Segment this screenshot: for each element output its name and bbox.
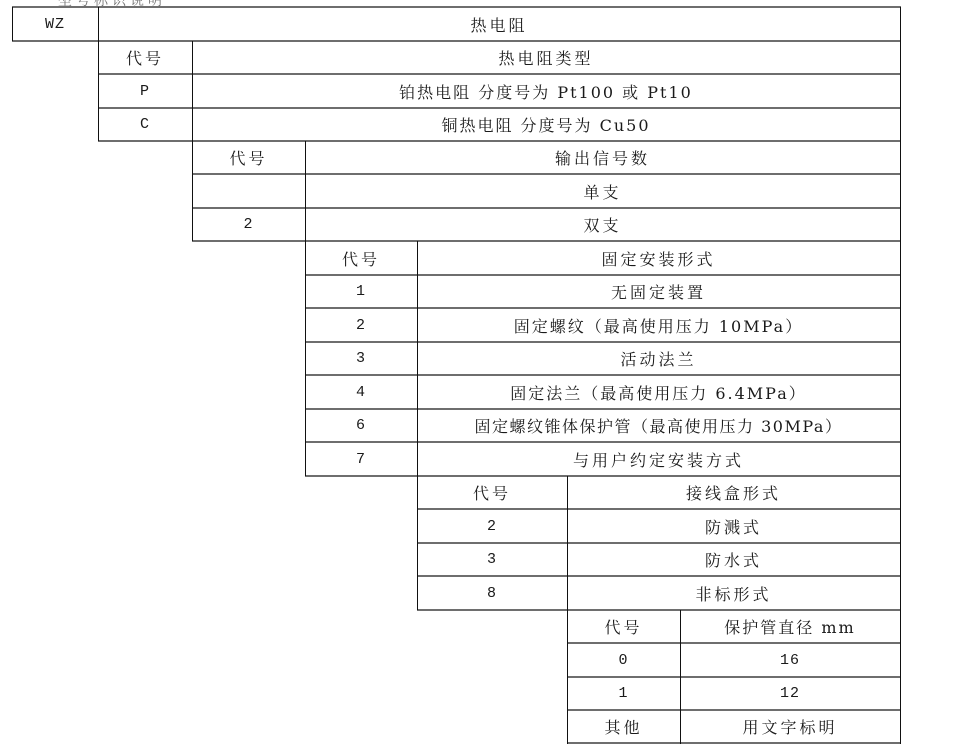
level2-row-code: C xyxy=(98,108,192,141)
grid-line xyxy=(98,140,901,142)
level6-row-desc: 用文字标明 xyxy=(680,710,900,743)
grid-line xyxy=(567,709,901,711)
grid-line xyxy=(192,41,193,241)
level6-row-code: 其他 xyxy=(567,710,680,743)
grid-line xyxy=(305,441,901,443)
level2-row-desc: 铜热电阻 分度号为 Cu50 xyxy=(192,108,900,141)
level6-header-title: 保护管直径 mm xyxy=(680,610,900,643)
grid-line xyxy=(680,610,681,744)
grid-line xyxy=(305,374,901,376)
level4-header-code: 代号 xyxy=(305,241,417,275)
level5-row-desc: 防水式 xyxy=(567,543,900,576)
level5-row-desc: 防溅式 xyxy=(567,509,900,543)
grid-line xyxy=(567,742,901,744)
level5-header-title: 接线盒形式 xyxy=(567,476,900,509)
level2-row-code: P xyxy=(98,74,192,108)
level4-row-desc: 无固定装置 xyxy=(417,275,900,308)
level3-row-desc: 单支 xyxy=(305,174,900,208)
level6-header-code: 代号 xyxy=(567,610,680,643)
level3-header-title: 输出信号数 xyxy=(305,141,900,174)
level4-row-code: 4 xyxy=(305,375,417,409)
level2-header-code: 代号 xyxy=(98,41,192,74)
level4-row-desc: 固定法兰（最高使用压力 6.4MPa） xyxy=(417,375,900,409)
level3-row-desc: 双支 xyxy=(305,208,900,241)
grid-line xyxy=(567,676,901,678)
grid-line xyxy=(417,241,418,610)
level4-row-desc: 固定螺纹（最高使用压力 10MPa） xyxy=(417,308,900,342)
level6-row-desc: 16 xyxy=(680,643,900,677)
grid-line xyxy=(192,173,901,175)
grid-line xyxy=(98,7,99,141)
grid-line xyxy=(305,141,306,476)
level4-row-desc: 活动法兰 xyxy=(417,342,900,375)
grid-line xyxy=(305,475,901,477)
grid-line xyxy=(305,341,901,343)
grid-line xyxy=(98,107,901,109)
level4-header-title: 固定安装形式 xyxy=(417,241,900,275)
level4-row-code: 6 xyxy=(305,409,417,442)
grid-line xyxy=(98,73,901,75)
grid-line xyxy=(192,240,901,242)
level1-code: WZ xyxy=(12,7,98,41)
grid-line xyxy=(567,642,901,644)
level4-row-code: 7 xyxy=(305,442,417,476)
level4-row-code: 2 xyxy=(305,308,417,342)
level3-header-code: 代号 xyxy=(192,141,305,174)
grid-line xyxy=(305,307,901,309)
level5-row-code: 8 xyxy=(417,576,567,610)
level6-row-code: 1 xyxy=(567,677,680,710)
level5-header-code: 代号 xyxy=(417,476,567,509)
level4-row-code: 1 xyxy=(305,275,417,308)
level2-row-desc: 铂热电阻 分度号为 Pt100 或 Pt10 xyxy=(192,74,900,108)
level5-row-code: 3 xyxy=(417,543,567,576)
grid-line xyxy=(12,7,13,41)
grid-line xyxy=(417,508,901,510)
level3-row-code xyxy=(192,174,305,208)
grid-line xyxy=(192,207,901,209)
grid-line xyxy=(305,274,901,276)
level2-header-title: 热电阻类型 xyxy=(192,41,900,74)
level1-title: 热电阻 xyxy=(98,7,900,41)
grid-line xyxy=(12,40,901,42)
level4-row-desc: 与用户约定安装方式 xyxy=(417,442,900,476)
level5-row-desc: 非标形式 xyxy=(567,576,900,610)
grid-line xyxy=(417,609,901,611)
grid-line xyxy=(12,6,901,8)
level5-row-code: 2 xyxy=(417,509,567,543)
level4-row-desc: 固定螺纹锥体保护管（最高使用压力 30MPa） xyxy=(417,409,900,442)
level4-row-code: 3 xyxy=(305,342,417,375)
grid-line xyxy=(567,476,568,744)
grid-line xyxy=(417,575,901,577)
level6-row-desc: 12 xyxy=(680,677,900,710)
grid-line xyxy=(417,542,901,544)
grid-line xyxy=(305,408,901,410)
grid-line xyxy=(900,7,901,744)
level6-row-code: 0 xyxy=(567,643,680,677)
level3-row-code: 2 xyxy=(192,208,305,241)
